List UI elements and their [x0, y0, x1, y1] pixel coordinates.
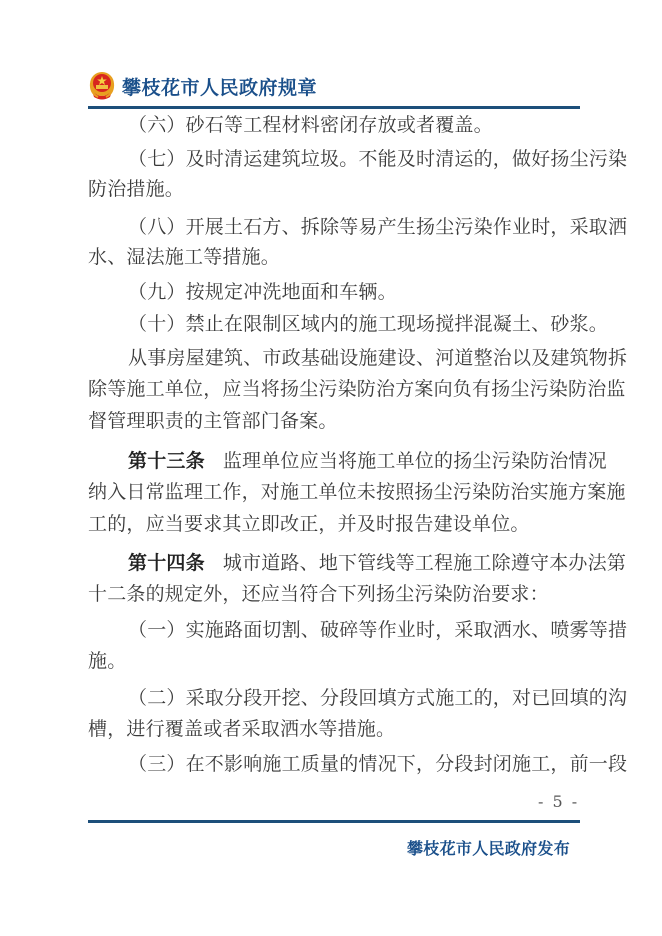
article-text: 监理单位应当将施工单位的扬尘污染防治情况 [223, 446, 607, 476]
article-13-line: 第十三条 监理单位应当将施工单位的扬尘污染防治情况 [88, 446, 582, 476]
national-emblem-icon [88, 71, 116, 101]
text-line: （二）采取分段开挖、分段回填方式施工的，对已回填的沟 [88, 683, 582, 713]
article-heading: 第十四条 [128, 548, 205, 578]
text-line: 从事房屋建筑、市政基础设施建设、河道整治以及建筑物拆 [88, 343, 582, 373]
text-line: 除等施工单位，应当将扬尘污染防治方案向负有扬尘污染防治监 [88, 374, 582, 404]
text-line: 防治措施。 [88, 174, 582, 204]
text-line: 施。 [88, 646, 582, 676]
article-heading: 第十三条 [128, 446, 205, 476]
text-line: （八）开展土石方、拆除等易产生扬尘污染作业时，采取洒 [88, 212, 582, 242]
article-14-line: 第十四条 城市道路、地下管线等工程施工除遵守本办法第 [88, 548, 582, 578]
footer-publisher: 攀枝花市人民政府发布 [407, 836, 570, 859]
text-line: （七）及时清运建筑垃圾。不能及时清运的，做好扬尘污染 [88, 144, 582, 174]
text-line: 督管理职责的主管部门备案。 [88, 406, 582, 436]
header-title: 攀枝花市人民政府规章 [122, 73, 317, 100]
text-line: （三）在不影响施工质量的情况下，分段封闭施工，前一段 [88, 749, 582, 779]
text-line: （十）禁止在限制区域内的施工现场搅拌混凝土、砂浆。 [88, 309, 582, 339]
text-line: （一）实施路面切割、破碎等作业时，采取洒水、喷雾等措 [88, 615, 582, 645]
footer-rule [88, 820, 580, 823]
header-rule [88, 106, 580, 109]
text-line: （六）砂石等工程材料密闭存放或者覆盖。 [88, 110, 582, 140]
text-line: 十二条的规定外，还应当符合下列扬尘污染防治要求： [88, 579, 582, 609]
text-line: （九）按规定冲洗地面和车辆。 [88, 277, 582, 307]
text-line: 水、湿法施工等措施。 [88, 242, 582, 272]
text-line: 纳入日常监理工作，对施工单位未按照扬尘污染防治实施方案施 [88, 477, 582, 507]
document-page: 攀枝花市人民政府规章 （六）砂石等工程材料密闭存放或者覆盖。 （七）及时清运建筑… [0, 0, 662, 936]
text-line: 槽，进行覆盖或者采取洒水等措施。 [88, 714, 582, 744]
page-number: - 5 - [538, 792, 579, 811]
article-text: 城市道路、地下管线等工程施工除遵守本办法第 [223, 548, 626, 578]
page-header: 攀枝花市人民政府规章 [88, 68, 317, 104]
text-line: 工的，应当要求其立即改正，并及时报告建设单位。 [88, 509, 582, 539]
